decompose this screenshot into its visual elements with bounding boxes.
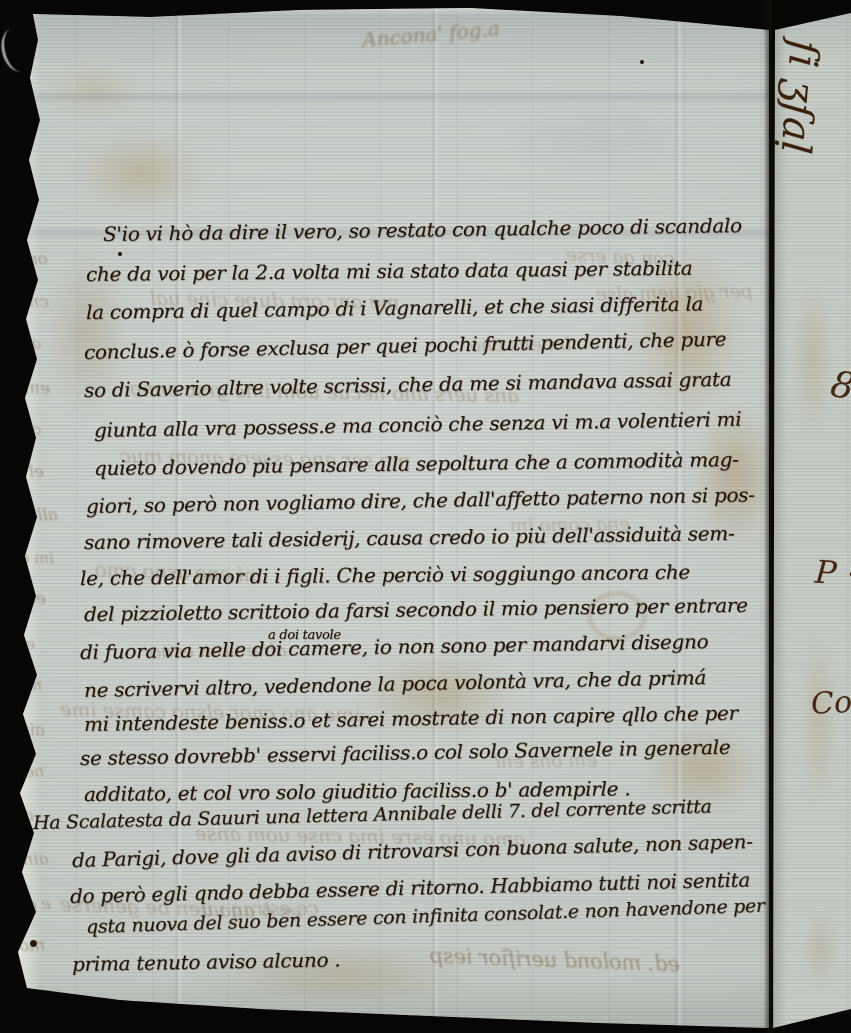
bleedthrough-ghost-text: mse bbox=[8, 675, 43, 696]
bleedthrough-ghost-text: anv bbox=[13, 334, 42, 354]
bleedthrough-ghost-text: ome bbox=[12, 249, 49, 271]
letter-page: omecmo-anvemseomiel o-allore-im enecogel… bbox=[0, 0, 851, 1033]
ink-dot bbox=[640, 60, 644, 64]
top-edge-highlight bbox=[0, 6, 851, 16]
bleedthrough-ghost-text: aime- bbox=[2, 849, 49, 871]
horizontal-crease bbox=[0, 90, 851, 104]
adjacent-page: ſi ʒſaḷ8P ·Co bbox=[771, 0, 851, 1033]
fold-crease bbox=[763, 0, 777, 1033]
right-page-mark: P · bbox=[814, 553, 851, 594]
page-corner-curl bbox=[0, 25, 36, 75]
bleedthrough-ghost-text: mo e bbox=[4, 935, 46, 956]
bleedthrough-ghost-text: el o- bbox=[8, 461, 45, 482]
bleedthrough-ghost-text: ecog bbox=[6, 589, 47, 611]
manuscript-line: prima tenuto aviso alcuno . bbox=[72, 947, 341, 976]
bleedthrough-ghost-text: cso bbox=[6, 806, 35, 827]
bleedthrough-ghost-text: allore- bbox=[4, 505, 58, 527]
ink-dot bbox=[118, 252, 122, 256]
bleedthrough-ghost-text: ell' bbox=[12, 634, 36, 654]
photo-frame: omecmo-anvemseomiel o-allore-im enecogel… bbox=[0, 0, 851, 1033]
bleedthrough-ghost-text: im en bbox=[10, 547, 55, 568]
bleedthrough-ghost-text: cmo- bbox=[8, 291, 50, 312]
bleedthrough-ghost-text: emse bbox=[6, 377, 51, 399]
right-page-mark: Co bbox=[810, 685, 851, 723]
ink-dot bbox=[30, 940, 37, 947]
bleedthrough-ghost-text: nem bbox=[10, 761, 45, 781]
bleedthrough-ghost-text: aime bbox=[4, 719, 46, 741]
bleedthrough-ghost-text: omi bbox=[12, 419, 42, 439]
paper-stain bbox=[70, 130, 210, 210]
bleedthrough-ghost-text: e ade bbox=[8, 893, 51, 913]
